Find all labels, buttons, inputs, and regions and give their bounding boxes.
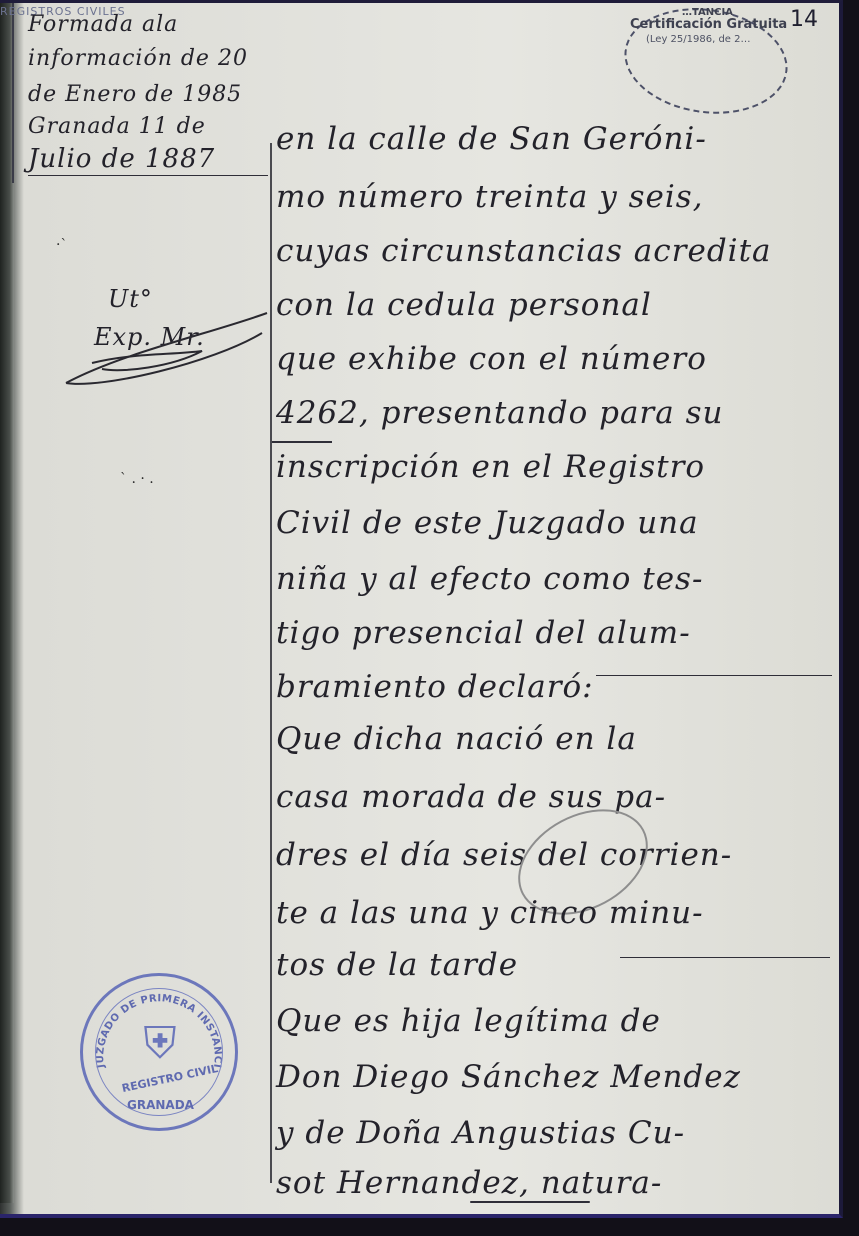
body-line: dres el día seis del corrien- [276,837,732,873]
certification-law: (Ley 25/1986, de 2… [646,34,751,45]
court-seal: JUZGADO DE PRIMERA INSTANCIA Nº 5 ⛨ REGI… [80,973,238,1131]
body-line: tigo presencial del alum- [276,615,691,651]
body-line: que exhibe con el número [276,341,707,377]
seal-bottom-text: GRANADA [127,1098,194,1112]
signature-flourish-icon [62,293,272,393]
body-line: cuyas circunstancias acredita [276,233,772,269]
page-binding-shadow [0,3,14,1203]
margin-note-line: información de 20 [28,39,278,79]
body-line: bramiento declaró: [276,669,594,705]
body-line: en la calle de San Geróni- [276,121,707,157]
certification-title: Certificación Gratuita [630,17,787,32]
margin-note-line: Julio de 1887 [28,139,278,179]
body-line: te a las una y cinco minu- [276,895,704,931]
coat-of-arms-icon: ⛨ [131,1016,189,1072]
number-underline [272,441,332,443]
margin-left-rule [12,3,14,183]
page-number: 14 [790,7,818,32]
line-filler [596,675,832,676]
closing-flourish [470,1201,590,1203]
ink-specks: ·ˋ [56,237,67,253]
body-line: Don Diego Sánchez Mendez [276,1059,741,1095]
body-line: niña y al efecto como tes- [276,561,703,597]
body-line: sot Hernandez, natura- [276,1165,662,1201]
line-filler [620,957,830,958]
body-line: Que es hija legítima de [276,1003,661,1039]
margin-note-underline [28,175,268,176]
body-line: inscripción en el Registro [276,449,705,485]
ink-specks: ˋ . · . [120,471,154,487]
body-line: con la cedula personal [276,287,652,323]
document-page: REGISTROS CIVILES …TANCIA Certificación … [0,0,843,1218]
body-line: Civil de este Juzgado una [276,505,699,541]
body-line: y de Doña Angustias Cu- [276,1115,685,1151]
body-line: mo número treinta y seis, [276,179,704,215]
body-line: Que dicha nació en la [276,721,637,757]
body-line: tos de la tarde [276,947,518,983]
body-line: 4262, presentando para su [276,395,723,431]
